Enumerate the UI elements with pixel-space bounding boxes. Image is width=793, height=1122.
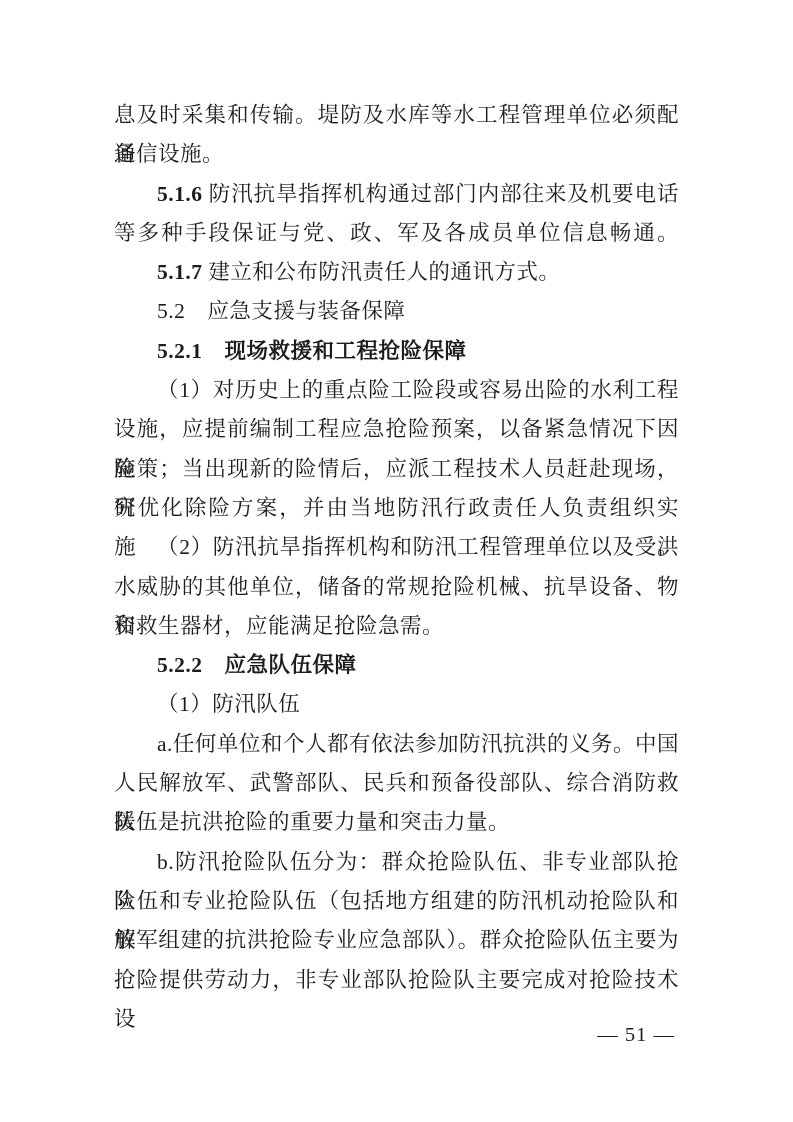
para-5-2-1-item-1-line-4: 究优化除险方案，并由当地防汛行政责任人负责组织实施。 <box>114 489 679 528</box>
text-segment: 5.1.7 <box>157 260 203 284</box>
para-5-2-1-item-1-line-1: （1）对历史上的重点险工险段或容易出险的水利工程 <box>114 371 679 410</box>
para-5-2-2-item-1-line-1: （1）防汛队伍 <box>114 685 679 724</box>
document-body: 息及时采集和传输。堤防及水库等水工程管理单位必须配备通信设施。5.1.6 防汛抗… <box>114 96 679 1000</box>
page-number: — 51 — <box>597 1022 675 1048</box>
text-segment: 建立和公布防汛责任人的通讯方式。 <box>203 260 561 284</box>
text-segment: 队伍是抗洪抢险的重要力量和突击力量。 <box>114 810 510 834</box>
text-segment: 和救生器材，应能满足抢险急需。 <box>114 614 444 638</box>
para-5-2-heading-line-1: 5.2 应急支援与装备保障 <box>114 292 679 331</box>
para-5-2-2-item-1-a-line-1: a.任何单位和个人都有依法参加防汛抗洪的义务。中国 <box>114 725 679 764</box>
text-segment: （2）防汛抗旱指挥机构和防汛工程管理单位以及受洪 <box>157 535 679 559</box>
text-segment: 5.2.1 <box>157 339 203 363</box>
text-segment: 应急支援与装备保障 <box>185 299 405 323</box>
para-5-2-2-item-1-a-line-2: 人民解放军、武警部队、民兵和预备役部队、综合消防救援 <box>114 764 679 803</box>
para-5-1-5-continuation-line-2: 通信设施。 <box>114 135 679 174</box>
text-segment: （1）防汛队伍 <box>157 692 300 716</box>
para-5-2-1-item-2-line-2: 水威胁的其他单位，储备的常规抢险机械、抗旱设备、物资 <box>114 568 679 607</box>
para-5-2-1-item-1-line-2: 设施，应提前编制工程应急抢险预案，以备紧急情况下因险 <box>114 410 679 449</box>
text-segment: 5.2 <box>157 299 185 323</box>
text-segment: 5.2.2 <box>157 653 203 677</box>
para-5-2-2-item-1-b-line-3: 放军组建的抗洪抢险专业应急部队）。群众抢险队伍主要为 <box>114 921 679 960</box>
para-5-2-2-heading-line-1: 5.2.2 应急队伍保障 <box>114 646 679 685</box>
text-segment: 5.1.6 <box>157 182 203 206</box>
para-5-2-2-item-1-b-line-1: b.防汛抢险队伍分为：群众抢险队伍、非专业部队抢险 <box>114 843 679 882</box>
text-segment: 等多种手段保证与党、政、军及各成员单位信息畅通。 <box>114 221 679 245</box>
text-segment: 放军组建的抗洪抢险专业应急部队）。群众抢险队伍主要为 <box>114 928 679 952</box>
text-segment: 应急队伍保障 <box>203 653 357 677</box>
para-5-1-7-line-1: 5.1.7 建立和公布防汛责任人的通讯方式。 <box>114 253 679 292</box>
text-segment: 防汛抗旱指挥机构通过部门内部往来及机要电话 <box>203 182 680 206</box>
para-5-2-1-heading-line-1: 5.2.1 现场救援和工程抢险保障 <box>114 332 679 371</box>
para-5-1-6-line-2: 等多种手段保证与党、政、军及各成员单位信息畅通。 <box>114 214 679 253</box>
text-segment: （1）对历史上的重点险工险段或容易出险的水利工程 <box>157 378 679 402</box>
para-5-2-1-item-2-line-1: （2）防汛抗旱指挥机构和防汛工程管理单位以及受洪 <box>114 528 679 567</box>
para-5-1-5-continuation-line-1: 息及时采集和传输。堤防及水库等水工程管理单位必须配备 <box>114 96 679 135</box>
para-5-2-2-item-1-b-line-2: 队伍和专业抢险队伍（包括地方组建的防汛机动抢险队和解 <box>114 882 679 921</box>
text-segment: 抢险提供劳动力，非专业部队抢险队主要完成对抢险技术设 <box>114 968 679 1031</box>
text-segment: a.任何单位和个人都有依法参加防汛抗洪的义务。中国 <box>157 732 679 756</box>
para-5-2-2-item-1-a-line-3: 队伍是抗洪抢险的重要力量和突击力量。 <box>114 803 679 842</box>
para-5-2-1-item-1-line-3: 施策；当出现新的险情后，应派工程技术人员赶赴现场，研 <box>114 450 679 489</box>
text-segment: 通信设施。 <box>114 142 224 166</box>
para-5-1-6-line-1: 5.1.6 防汛抗旱指挥机构通过部门内部往来及机要电话 <box>114 175 679 214</box>
text-segment: 现场救援和工程抢险保障 <box>203 339 467 363</box>
para-5-2-1-item-2-line-3: 和救生器材，应能满足抢险急需。 <box>114 607 679 646</box>
para-5-2-2-item-1-b-line-4: 抢险提供劳动力，非专业部队抢险队主要完成对抢险技术设 <box>114 961 679 1000</box>
document-page: 息及时采集和传输。堤防及水库等水工程管理单位必须配备通信设施。5.1.6 防汛抗… <box>0 0 793 1122</box>
